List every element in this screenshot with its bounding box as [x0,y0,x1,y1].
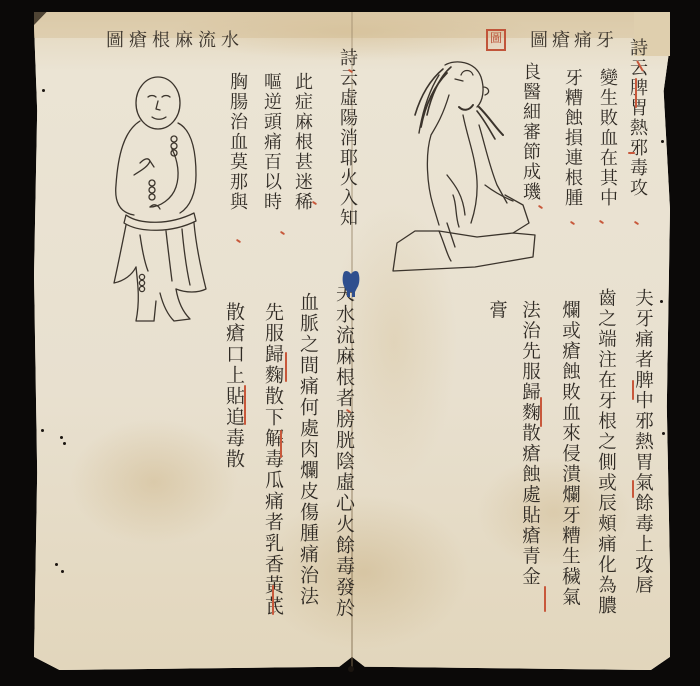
vermilion-mark [272,585,274,615]
right-prose-col-2: 齒之端注在牙根之側或辰頰痛化為膿 [596,288,615,616]
paper-speck [63,442,66,445]
left-prose-col-3: 先服歸麴散下解毒瓜痛者乳香黃芪 [263,302,282,617]
vermilion-mark [628,152,635,154]
seated-bearded-figure-illustration [385,55,545,275]
vermilion-mark [285,352,287,382]
vermilion-mark [632,480,634,498]
vermilion-mark [244,385,246,425]
right-prose-col-3: 爛或瘡蝕敗血來侵潰爛牙糟生穢氣 [560,300,579,608]
paper-speck [661,140,664,143]
vermilion-mark [632,380,634,400]
right-verse-col-3: 牙糟蝕損連根腫 [563,68,581,208]
paper-speck [60,436,63,439]
right-prose-col-5: 膏 [487,300,506,321]
paper-speck [662,432,665,435]
vermilion-mark [540,397,542,427]
blue-seal-icon [341,270,361,300]
standing-figure-illustration [110,75,240,330]
left-verse-col-1: 詩云虛陽消耶火入知 [338,48,356,228]
left-prose-col-1: 夫水流麻根者膀胱陰虛心火餘毒發於 [334,283,353,619]
right-prose-col-1: 夫牙痛者脾中邪熱胃氣餘毒上攻唇 [633,288,652,596]
vermilion-mark [635,78,637,108]
vermilion-mark [544,586,546,612]
right-prose-col-4: 法治先服歸麴散瘡蝕處貼瘡青金 [520,300,539,587]
vermilion-mark [280,430,282,458]
left-prose-col-2: 血脈之間痛何處肉爛皮傷腫痛治法 [298,292,317,607]
paper-speck [646,570,649,573]
paper-speck [55,563,58,566]
paper-speck [41,429,44,432]
paper-speck [348,666,354,672]
right-verse-col-2: 變生敗血在其中 [598,68,616,208]
left-verse-col-2: 此症麻根甚迷稀 [293,72,311,212]
right-leaf-title: 牙痛瘡圖 [530,32,618,50]
left-verse-col-3: 嘔逆頭痛百以時 [262,72,280,212]
paper-speck [42,89,45,92]
paper-speck [660,300,663,303]
title-seal-right: 圖 [486,29,506,51]
paper-speck [61,570,64,573]
left-leaf-title: 水流麻根瘡圖 [106,32,244,50]
